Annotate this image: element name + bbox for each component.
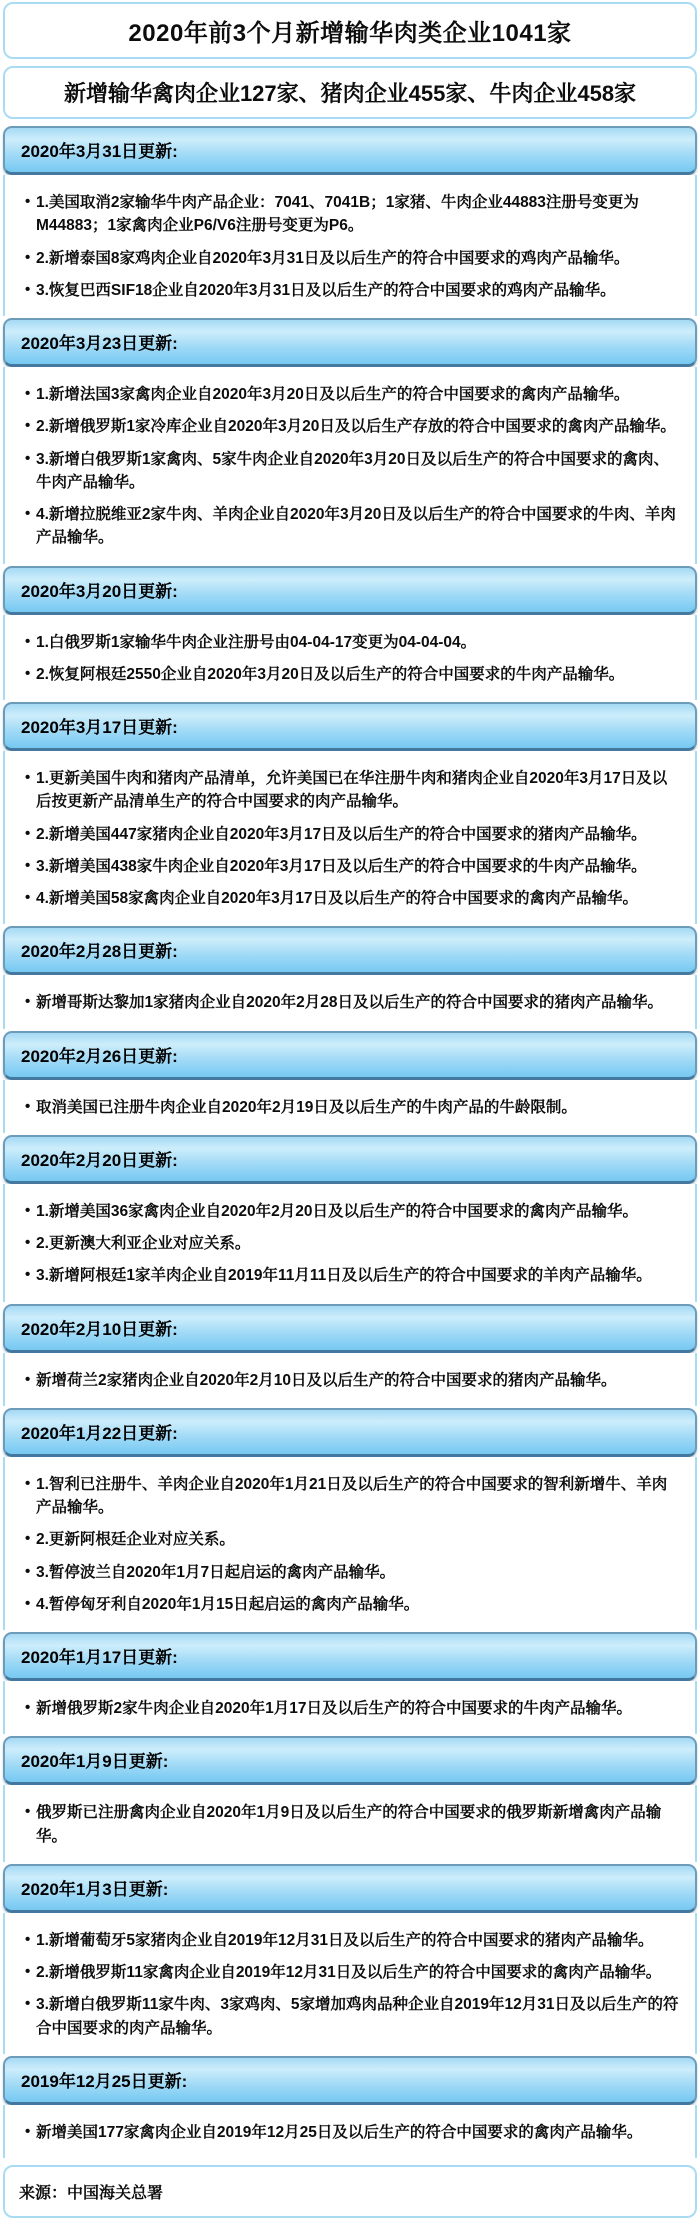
bullet-text: 3.恢复巴西SIF18企业自2020年3月31日及以后生产的符合中国要求的鸡肉产…	[36, 279, 679, 302]
section-date-header: 2020年3月17日更新:	[3, 702, 697, 751]
section-body: •取消美国已注册牛肉企业自2020年2月19日及以后生产的牛肉产品的牛龄限制。	[3, 1080, 697, 1133]
section-body: •新增美国177家禽肉企业自2019年12月25日及以后生产的符合中国要求的禽肉…	[3, 2105, 697, 2158]
section-body: •1.智利已注册牛、羊肉企业自2020年1月21日及以后生产的符合中国要求的智利…	[3, 1457, 697, 1630]
bullet-text: 4.暂停匈牙利自2020年1月15日起启运的禽肉产品输华。	[36, 1593, 679, 1616]
bullet-dot-icon: •	[25, 767, 36, 790]
section-body: •1.白俄罗斯1家输华牛肉企业注册号由04-04-17变更为04-04-04。•…	[3, 615, 697, 701]
bullet-item: •取消美国已注册牛肉企业自2020年2月19日及以后生产的牛肉产品的牛龄限制。	[25, 1096, 679, 1119]
update-section: 2020年3月20日更新: •1.白俄罗斯1家输华牛肉企业注册号由04-04-1…	[3, 566, 697, 701]
update-section: 2020年2月26日更新: •取消美国已注册牛肉企业自2020年2月19日及以后…	[3, 1031, 697, 1133]
update-section: 2020年2月20日更新: •1.新增美国36家禽肉企业自2020年2月20日及…	[3, 1135, 697, 1302]
bullet-text: 2.更新澳大利亚企业对应关系。	[36, 1232, 679, 1255]
section-body: •新增俄罗斯2家牛肉企业自2020年1月17日及以后生产的符合中国要求的牛肉产品…	[3, 1681, 697, 1734]
bullet-text: 4.新增拉脱维亚2家牛肉、羊肉企业自2020年3月20日及以后生产的符合中国要求…	[36, 503, 679, 550]
bullet-text: 3.新增白俄罗斯11家牛肉、3家鸡肉、5家增加鸡肉品种企业自2019年12月31…	[36, 1993, 679, 2040]
bullet-text: 1.新增葡萄牙5家猪肉企业自2019年12月31日及以后生产的符合中国要求的猪肉…	[36, 1929, 679, 1952]
bullet-text: 1.美国取消2家输华牛肉产品企业：7041、7041B；1家猪、牛肉企业4488…	[36, 191, 679, 238]
bullet-dot-icon: •	[25, 1200, 36, 1223]
bullet-text: 2.更新阿根廷企业对应关系。	[36, 1528, 679, 1551]
bullet-text: 俄罗斯已注册禽肉企业自2020年1月9日及以后生产的符合中国要求的俄罗斯新增禽肉…	[36, 1801, 679, 1848]
bullet-dot-icon: •	[25, 1369, 36, 1392]
update-section: 2020年1月3日更新: •1.新增葡萄牙5家猪肉企业自2019年12月31日及…	[3, 1864, 697, 2054]
bullet-dot-icon: •	[25, 855, 36, 878]
bullet-item: •2.更新澳大利亚企业对应关系。	[25, 1232, 679, 1255]
bullet-text: 3.新增白俄罗斯1家禽肉、5家牛肉企业自2020年3月20日及以后生产的符合中国…	[36, 448, 679, 495]
bullet-dot-icon: •	[25, 503, 36, 526]
bullet-dot-icon: •	[25, 1232, 36, 1255]
update-section: 2020年2月10日更新: •新增荷兰2家猪肉企业自2020年2月10日及以后生…	[3, 1304, 697, 1406]
bullet-item: •新增俄罗斯2家牛肉企业自2020年1月17日及以后生产的符合中国要求的牛肉产品…	[25, 1697, 679, 1720]
bullet-item: •1.更新美国牛肉和猪肉产品清单，允许美国已在华注册牛肉和猪肉企业自2020年3…	[25, 767, 679, 814]
bullet-dot-icon: •	[25, 1561, 36, 1584]
bullet-item: •2.更新阿根廷企业对应关系。	[25, 1528, 679, 1551]
bullet-item: •1.新增美国36家禽肉企业自2020年2月20日及以后生产的符合中国要求的禽肉…	[25, 1200, 679, 1223]
bullet-dot-icon: •	[25, 631, 36, 654]
bullet-item: •1.白俄罗斯1家输华牛肉企业注册号由04-04-17变更为04-04-04。	[25, 631, 679, 654]
bullet-text: 4.新增美国58家禽肉企业自2020年3月17日及以后生产的符合中国要求的禽肉产…	[36, 887, 679, 910]
section-date-label: 2020年2月28日更新:	[21, 942, 178, 961]
bullet-dot-icon: •	[25, 279, 36, 302]
bullet-text: 新增哥斯达黎加1家猪肉企业自2020年2月28日及以后生产的符合中国要求的猪肉产…	[36, 991, 679, 1014]
bullet-text: 3.暂停波兰自2020年1月7日起启运的禽肉产品输华。	[36, 1561, 679, 1584]
section-date-header: 2020年1月3日更新:	[3, 1864, 697, 1913]
bullet-text: 2.新增美国447家猪肉企业自2020年3月17日及以后生产的符合中国要求的猪肉…	[36, 823, 679, 846]
bullet-text: 2.新增俄罗斯11家禽肉企业自2019年12月31日及以后生产的符合中国要求的禽…	[36, 1961, 679, 1984]
section-body: •1.新增美国36家禽肉企业自2020年2月20日及以后生产的符合中国要求的禽肉…	[3, 1184, 697, 1302]
section-date-label: 2020年3月17日更新:	[21, 718, 178, 737]
section-date-header: 2020年3月20日更新:	[3, 566, 697, 615]
bullet-item: •3.新增阿根廷1家羊肉企业自2019年11月11日及以后生产的符合中国要求的羊…	[25, 1264, 679, 1287]
section-date-header: 2020年1月9日更新:	[3, 1736, 697, 1785]
bullet-item: •2.新增泰国8家鸡肉企业自2020年3月31日及以后生产的符合中国要求的鸡肉产…	[25, 247, 679, 270]
bullet-dot-icon: •	[25, 1096, 36, 1119]
section-date-label: 2020年1月3日更新:	[21, 1880, 168, 1899]
update-section: 2020年1月17日更新: •新增俄罗斯2家牛肉企业自2020年1月17日及以后…	[3, 1632, 697, 1734]
update-section: 2020年1月22日更新: •1.智利已注册牛、羊肉企业自2020年1月21日及…	[3, 1408, 697, 1630]
section-date-label: 2020年3月23日更新:	[21, 334, 178, 353]
update-section: 2020年1月9日更新: •俄罗斯已注册禽肉企业自2020年1月9日及以后生产的…	[3, 1736, 697, 1862]
bullet-dot-icon: •	[25, 991, 36, 1014]
bullet-text: 3.新增阿根廷1家羊肉企业自2019年11月11日及以后生产的符合中国要求的羊肉…	[36, 1264, 679, 1287]
section-date-label: 2020年1月9日更新:	[21, 1752, 168, 1771]
section-body: •俄罗斯已注册禽肉企业自2020年1月9日及以后生产的符合中国要求的俄罗斯新增禽…	[3, 1785, 697, 1862]
bullet-dot-icon: •	[25, 448, 36, 471]
section-date-header: 2020年2月26日更新:	[3, 1031, 697, 1080]
bullet-dot-icon: •	[25, 415, 36, 438]
page-subtitle: 新增输华禽肉企业127家、猪肉企业455家、牛肉企业458家	[3, 66, 697, 119]
bullet-item: •3.新增白俄罗斯1家禽肉、5家牛肉企业自2020年3月20日及以后生产的符合中…	[25, 448, 679, 495]
section-date-header: 2020年3月23日更新:	[3, 318, 697, 367]
bullet-item: •3.暂停波兰自2020年1月7日起启运的禽肉产品输华。	[25, 1561, 679, 1584]
section-date-header: 2020年3月31日更新:	[3, 126, 697, 175]
bullet-item: •新增哥斯达黎加1家猪肉企业自2020年2月28日及以后生产的符合中国要求的猪肉…	[25, 991, 679, 1014]
bullet-item: •俄罗斯已注册禽肉企业自2020年1月9日及以后生产的符合中国要求的俄罗斯新增禽…	[25, 1801, 679, 1848]
bullet-dot-icon: •	[25, 1264, 36, 1287]
bullet-item: •2.恢复阿根廷2550企业自2020年3月20日及以后生产的符合中国要求的牛肉…	[25, 663, 679, 686]
update-section: 2019年12月25日更新: •新增美国177家禽肉企业自2019年12月25日…	[3, 2056, 697, 2158]
bullet-text: 新增俄罗斯2家牛肉企业自2020年1月17日及以后生产的符合中国要求的牛肉产品输…	[36, 1697, 679, 1720]
bullet-dot-icon: •	[25, 2121, 36, 2144]
bullet-dot-icon: •	[25, 1929, 36, 1952]
bullet-item: •4.新增拉脱维亚2家牛肉、羊肉企业自2020年3月20日及以后生产的符合中国要…	[25, 503, 679, 550]
bullet-dot-icon: •	[25, 663, 36, 686]
bullet-dot-icon: •	[25, 1593, 36, 1616]
bullet-text: 2.新增泰国8家鸡肉企业自2020年3月31日及以后生产的符合中国要求的鸡肉产品…	[36, 247, 679, 270]
bullet-text: 1.更新美国牛肉和猪肉产品清单，允许美国已在华注册牛肉和猪肉企业自2020年3月…	[36, 767, 679, 814]
bullet-item: •3.恢复巴西SIF18企业自2020年3月31日及以后生产的符合中国要求的鸡肉…	[25, 279, 679, 302]
bullet-text: 1.白俄罗斯1家输华牛肉企业注册号由04-04-17变更为04-04-04。	[36, 631, 679, 654]
bullet-dot-icon: •	[25, 887, 36, 910]
section-date-header: 2020年1月22日更新:	[3, 1408, 697, 1457]
bullet-dot-icon: •	[25, 1473, 36, 1496]
source-note: 来源：中国海关总署	[3, 2165, 697, 2218]
bullet-item: •3.新增白俄罗斯11家牛肉、3家鸡肉、5家增加鸡肉品种企业自2019年12月3…	[25, 1993, 679, 2040]
bullet-item: •1.美国取消2家输华牛肉产品企业：7041、7041B；1家猪、牛肉企业448…	[25, 191, 679, 238]
section-date-header: 2020年2月28日更新:	[3, 926, 697, 975]
sections-container: 2020年3月31日更新: •1.美国取消2家输华牛肉产品企业：7041、704…	[3, 126, 697, 2158]
section-body: •新增哥斯达黎加1家猪肉企业自2020年2月28日及以后生产的符合中国要求的猪肉…	[3, 975, 697, 1028]
bullet-dot-icon: •	[25, 823, 36, 846]
section-date-label: 2020年1月17日更新:	[21, 1648, 178, 1667]
bullet-item: •1.智利已注册牛、羊肉企业自2020年1月21日及以后生产的符合中国要求的智利…	[25, 1473, 679, 1520]
section-body: •1.美国取消2家输华牛肉产品企业：7041、7041B；1家猪、牛肉企业448…	[3, 175, 697, 316]
section-body: •1.新增法国3家禽肉企业自2020年3月20日及以后生产的符合中国要求的禽肉产…	[3, 367, 697, 564]
section-date-header: 2020年1月17日更新:	[3, 1632, 697, 1681]
bullet-dot-icon: •	[25, 1528, 36, 1551]
section-date-label: 2020年2月26日更新:	[21, 1047, 178, 1066]
section-date-header: 2019年12月25日更新:	[3, 2056, 697, 2105]
update-section: 2020年3月23日更新: •1.新增法国3家禽肉企业自2020年3月20日及以…	[3, 318, 697, 564]
section-body: •1.更新美国牛肉和猪肉产品清单，允许美国已在华注册牛肉和猪肉企业自2020年3…	[3, 751, 697, 924]
bullet-text: 1.智利已注册牛、羊肉企业自2020年1月21日及以后生产的符合中国要求的智利新…	[36, 1473, 679, 1520]
bullet-item: •2.新增俄罗斯1家冷库企业自2020年3月20日及以后生产存放的符合中国要求的…	[25, 415, 679, 438]
bullet-dot-icon: •	[25, 247, 36, 270]
update-section: 2020年3月17日更新: •1.更新美国牛肉和猪肉产品清单，允许美国已在华注册…	[3, 702, 697, 924]
section-date-header: 2020年2月10日更新:	[3, 1304, 697, 1353]
page-title: 2020年前3个月新增输华肉类企业1041家	[3, 2, 697, 59]
bullet-text: 新增美国177家禽肉企业自2019年12月25日及以后生产的符合中国要求的禽肉产…	[36, 2121, 679, 2144]
bullet-item: •2.新增俄罗斯11家禽肉企业自2019年12月31日及以后生产的符合中国要求的…	[25, 1961, 679, 1984]
bullet-item: •3.新增美国438家牛肉企业自2020年3月17日及以后生产的符合中国要求的牛…	[25, 855, 679, 878]
bullet-item: •新增荷兰2家猪肉企业自2020年2月10日及以后生产的符合中国要求的猪肉产品输…	[25, 1369, 679, 1392]
section-date-label: 2019年12月25日更新:	[21, 2072, 187, 2091]
bullet-item: •新增美国177家禽肉企业自2019年12月25日及以后生产的符合中国要求的禽肉…	[25, 2121, 679, 2144]
section-date-label: 2020年3月20日更新:	[21, 582, 178, 601]
bullet-dot-icon: •	[25, 1993, 36, 2016]
section-body: •1.新增葡萄牙5家猪肉企业自2019年12月31日及以后生产的符合中国要求的猪…	[3, 1913, 697, 2054]
bullet-item: •4.新增美国58家禽肉企业自2020年3月17日及以后生产的符合中国要求的禽肉…	[25, 887, 679, 910]
update-section: 2020年2月28日更新: •新增哥斯达黎加1家猪肉企业自2020年2月28日及…	[3, 926, 697, 1028]
section-date-label: 2020年2月10日更新:	[21, 1320, 178, 1339]
bullet-item: •1.新增法国3家禽肉企业自2020年3月20日及以后生产的符合中国要求的禽肉产…	[25, 383, 679, 406]
bullet-text: 2.新增俄罗斯1家冷库企业自2020年3月20日及以后生产存放的符合中国要求的禽…	[36, 415, 679, 438]
section-date-label: 2020年1月22日更新:	[21, 1424, 178, 1443]
bullet-item: •1.新增葡萄牙5家猪肉企业自2019年12月31日及以后生产的符合中国要求的猪…	[25, 1929, 679, 1952]
bullet-text: 取消美国已注册牛肉企业自2020年2月19日及以后生产的牛肉产品的牛龄限制。	[36, 1096, 679, 1119]
update-section: 2020年3月31日更新: •1.美国取消2家输华牛肉产品企业：7041、704…	[3, 126, 697, 316]
bullet-dot-icon: •	[25, 191, 36, 214]
section-date-header: 2020年2月20日更新:	[3, 1135, 697, 1184]
bullet-dot-icon: •	[25, 383, 36, 406]
bullet-text: 新增荷兰2家猪肉企业自2020年2月10日及以后生产的符合中国要求的猪肉产品输华…	[36, 1369, 679, 1392]
bullet-text: 2.恢复阿根廷2550企业自2020年3月20日及以后生产的符合中国要求的牛肉产…	[36, 663, 679, 686]
bullet-text: 1.新增美国36家禽肉企业自2020年2月20日及以后生产的符合中国要求的禽肉产…	[36, 1200, 679, 1223]
bullet-text: 1.新增法国3家禽肉企业自2020年3月20日及以后生产的符合中国要求的禽肉产品…	[36, 383, 679, 406]
bullet-dot-icon: •	[25, 1801, 36, 1824]
bullet-text: 3.新增美国438家牛肉企业自2020年3月17日及以后生产的符合中国要求的牛肉…	[36, 855, 679, 878]
bullet-item: •4.暂停匈牙利自2020年1月15日起启运的禽肉产品输华。	[25, 1593, 679, 1616]
bullet-item: •2.新增美国447家猪肉企业自2020年3月17日及以后生产的符合中国要求的猪…	[25, 823, 679, 846]
section-date-label: 2020年2月20日更新:	[21, 1151, 178, 1170]
section-body: •新增荷兰2家猪肉企业自2020年2月10日及以后生产的符合中国要求的猪肉产品输…	[3, 1353, 697, 1406]
bullet-dot-icon: •	[25, 1697, 36, 1720]
section-date-label: 2020年3月31日更新:	[21, 142, 178, 161]
bullet-dot-icon: •	[25, 1961, 36, 1984]
